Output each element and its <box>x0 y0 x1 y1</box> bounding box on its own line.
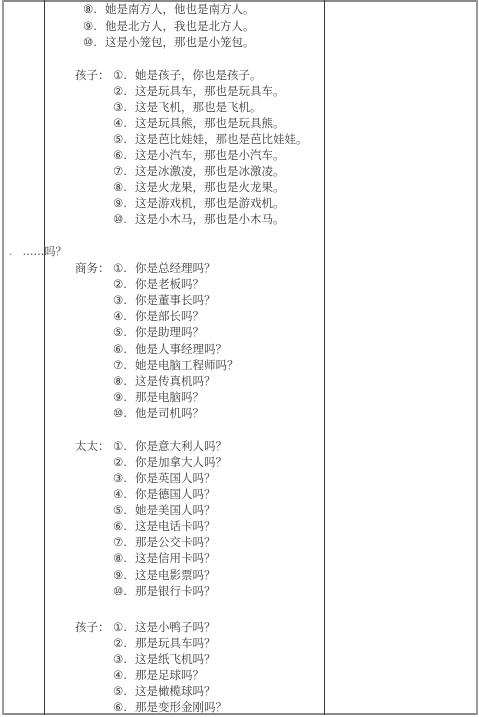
table-column-divider <box>44 0 45 715</box>
item-text: 这是传真机吗？ <box>135 374 216 388</box>
item-number: ④. <box>113 667 135 683</box>
item-text: 他是人事经理吗？ <box>135 342 227 356</box>
item-text: 她是美国人吗？ <box>135 503 216 517</box>
item-text: 你是董事长吗？ <box>135 293 216 307</box>
table-column-divider <box>324 0 325 715</box>
list-item: ⑩.这是小笼包，那也是小笼包。 <box>83 34 255 50</box>
list-item: ⑧.她是南方人，他也是南方人。 <box>83 1 255 17</box>
item-number: ⑤. <box>113 502 135 518</box>
item-text: 你是加拿大人吗？ <box>135 455 227 469</box>
list-item: ②.你是加拿大人吗？ <box>113 454 227 470</box>
item-number: ⑩. <box>83 34 105 50</box>
item-number: ①. <box>113 438 135 454</box>
item-text: 这是电话卡吗？ <box>135 519 216 533</box>
speaker-label: 孩子： <box>75 619 113 635</box>
list-item: ⑩.这是小木马，那也是小木马。 <box>113 211 285 227</box>
item-text: 你是老板吗？ <box>135 277 204 291</box>
item-number: ③. <box>113 470 135 486</box>
list-item: ⑧.这是火龙果，那也是火龙果。 <box>113 179 285 195</box>
item-text: 那是玩具车吗？ <box>135 636 216 650</box>
item-text: 她是电脑工程师吗？ <box>135 358 239 372</box>
item-number: ⑩. <box>113 583 135 599</box>
list-item: ⑤.她是美国人吗？ <box>113 502 216 518</box>
list-item: ②.你是老板吗？ <box>113 276 204 292</box>
list-item: ⑩.他是司机吗？ <box>113 405 204 421</box>
item-number: ⑤. <box>113 131 135 147</box>
list-item: ④.你是部长吗？ <box>113 308 204 324</box>
item-text: 这是芭比娃娃，那也是芭比娃娃。 <box>135 132 308 146</box>
list-item: ④.你是德国人吗？ <box>113 486 216 502</box>
item-text: 这是纸飞机吗？ <box>135 652 216 666</box>
item-number: ⑩. <box>113 211 135 227</box>
item-number: ④. <box>113 308 135 324</box>
list-item: 商务：①.你是总经理吗？ <box>75 260 216 276</box>
list-item: ③.你是英国人吗？ <box>113 470 216 486</box>
item-text: 这是玩具车，那也是玩具车。 <box>135 84 285 98</box>
item-text: 那是变形金刚吗？ <box>135 700 227 714</box>
item-number: ①. <box>113 67 135 83</box>
item-number: ⑦. <box>113 163 135 179</box>
item-text: 那是电脑吗？ <box>135 390 204 404</box>
item-number: ⑥. <box>113 147 135 163</box>
item-number: ⑧. <box>83 1 105 17</box>
list-item: ⑦.这是冰激凌，那也是冰激凌。 <box>113 163 285 179</box>
list-item: 太太：①.你是意大利人吗？ <box>75 438 227 454</box>
speaker-label: 商务： <box>75 260 113 276</box>
item-text: 这是信用卡吗？ <box>135 551 216 565</box>
item-number: ③. <box>113 99 135 115</box>
item-number: ①. <box>113 619 135 635</box>
table-border-bottom <box>2 713 478 715</box>
item-text: 这是电影票吗？ <box>135 568 216 582</box>
list-item: ④.那是足球吗？ <box>113 667 204 683</box>
speaker-label: 孩子： <box>75 67 113 83</box>
item-text: 这是游戏机，那也是游戏机。 <box>135 196 285 210</box>
list-item: ⑨.这是电影票吗？ <box>113 567 216 583</box>
item-text: 你是英国人吗？ <box>135 471 216 485</box>
list-item: ⑦.她是电脑工程师吗？ <box>113 357 239 373</box>
item-text: 他是北方人，我也是北方人。 <box>105 19 255 33</box>
item-number: ⑩. <box>113 405 135 421</box>
list-item: ⑧.这是信用卡吗？ <box>113 550 216 566</box>
item-text: 这是小笼包，那也是小笼包。 <box>105 35 255 49</box>
item-number: ⑨. <box>113 195 135 211</box>
item-text: 这是冰激凌，那也是冰激凌。 <box>135 164 285 178</box>
item-number: ⑥. <box>113 518 135 534</box>
item-text: 这是飞机，那也是飞机。 <box>135 100 262 114</box>
list-item: ②.那是玩具车吗？ <box>113 635 216 651</box>
item-text: 这是橄榄球吗？ <box>135 684 216 698</box>
item-text: 这是火龙果，那也是火龙果。 <box>135 180 285 194</box>
item-number: ②. <box>113 454 135 470</box>
item-text: 那是银行卡吗？ <box>135 584 216 598</box>
item-text: 你是德国人吗？ <box>135 487 216 501</box>
section-heading: .……吗？ <box>9 244 67 260</box>
list-item: ⑤.这是芭比娃娃，那也是芭比娃娃。 <box>113 131 308 147</box>
item-number: ⑤. <box>113 324 135 340</box>
list-item: ⑦.那是公交卡吗？ <box>113 534 216 550</box>
item-text: 他是司机吗？ <box>135 406 204 420</box>
item-text: 你是部长吗？ <box>135 309 204 323</box>
list-item: ②.这是玩具车，那也是玩具车。 <box>113 83 285 99</box>
list-item: ⑥.他是人事经理吗？ <box>113 341 227 357</box>
list-item: ③.你是董事长吗？ <box>113 292 216 308</box>
list-item: ⑤.你是助理吗？ <box>113 324 204 340</box>
item-number: ②. <box>113 83 135 99</box>
item-text: 她是孩子，你也是孩子。 <box>135 68 262 82</box>
item-number: ⑥. <box>113 341 135 357</box>
item-text: 你是意大利人吗？ <box>135 439 227 453</box>
item-number: ⑦. <box>113 357 135 373</box>
item-number: ③. <box>113 292 135 308</box>
item-number: ⑤. <box>113 683 135 699</box>
list-item: ⑥.这是电话卡吗？ <box>113 518 216 534</box>
list-item: ⑩.那是银行卡吗？ <box>113 583 216 599</box>
list-item: ⑤.这是橄榄球吗？ <box>113 683 216 699</box>
list-item: ⑥.那是变形金刚吗？ <box>113 699 227 715</box>
item-text: 她是南方人，他也是南方人。 <box>105 2 255 16</box>
item-text: 这是玩具熊，那也是玩具熊。 <box>135 116 285 130</box>
item-number: ⑧. <box>113 373 135 389</box>
item-number: ⑧. <box>113 550 135 566</box>
list-item: ⑨.那是电脑吗？ <box>113 389 204 405</box>
item-text: 这是小木马，那也是小木马。 <box>135 212 285 226</box>
list-item: ③.这是纸飞机吗？ <box>113 651 216 667</box>
item-number: ④. <box>113 115 135 131</box>
item-number: ②. <box>113 635 135 651</box>
item-text: 你是总经理吗？ <box>135 261 216 275</box>
item-text: 这是小汽车，那也是小汽车。 <box>135 148 285 162</box>
bullet-dot: . <box>9 245 13 258</box>
document-page: ⑧.她是南方人，他也是南方人。 ⑨.他是北方人，我也是北方人。 ⑩.这是小笼包，… <box>0 0 479 717</box>
list-item: 孩子：①.这是小鸭子吗？ <box>75 619 216 635</box>
list-item: ③.这是飞机，那也是飞机。 <box>113 99 262 115</box>
list-item: ⑨.这是游戏机，那也是游戏机。 <box>113 195 285 211</box>
item-number: ⑧. <box>113 179 135 195</box>
item-text: 那是足球吗？ <box>135 668 204 682</box>
list-item: ⑨.他是北方人，我也是北方人。 <box>83 18 255 34</box>
table-border-right <box>476 0 478 715</box>
item-number: ⑨. <box>113 567 135 583</box>
item-number: ①. <box>113 260 135 276</box>
item-number: ④. <box>113 486 135 502</box>
item-number: ⑨. <box>83 18 105 34</box>
item-text: 你是助理吗？ <box>135 325 204 339</box>
item-number: ②. <box>113 276 135 292</box>
section-heading-text: ……吗？ <box>23 245 67 258</box>
item-number: ⑨. <box>113 389 135 405</box>
item-text: 这是小鸭子吗？ <box>135 620 216 634</box>
list-item: 孩子：①.她是孩子，你也是孩子。 <box>75 67 262 83</box>
list-item: ⑧.这是传真机吗？ <box>113 373 216 389</box>
speaker-label: 太太： <box>75 438 113 454</box>
item-number: ⑥. <box>113 699 135 715</box>
item-number: ③. <box>113 651 135 667</box>
list-item: ④.这是玩具熊，那也是玩具熊。 <box>113 115 285 131</box>
item-number: ⑦. <box>113 534 135 550</box>
table-border-left <box>2 0 4 715</box>
list-item: ⑥.这是小汽车，那也是小汽车。 <box>113 147 285 163</box>
item-text: 那是公交卡吗？ <box>135 535 216 549</box>
